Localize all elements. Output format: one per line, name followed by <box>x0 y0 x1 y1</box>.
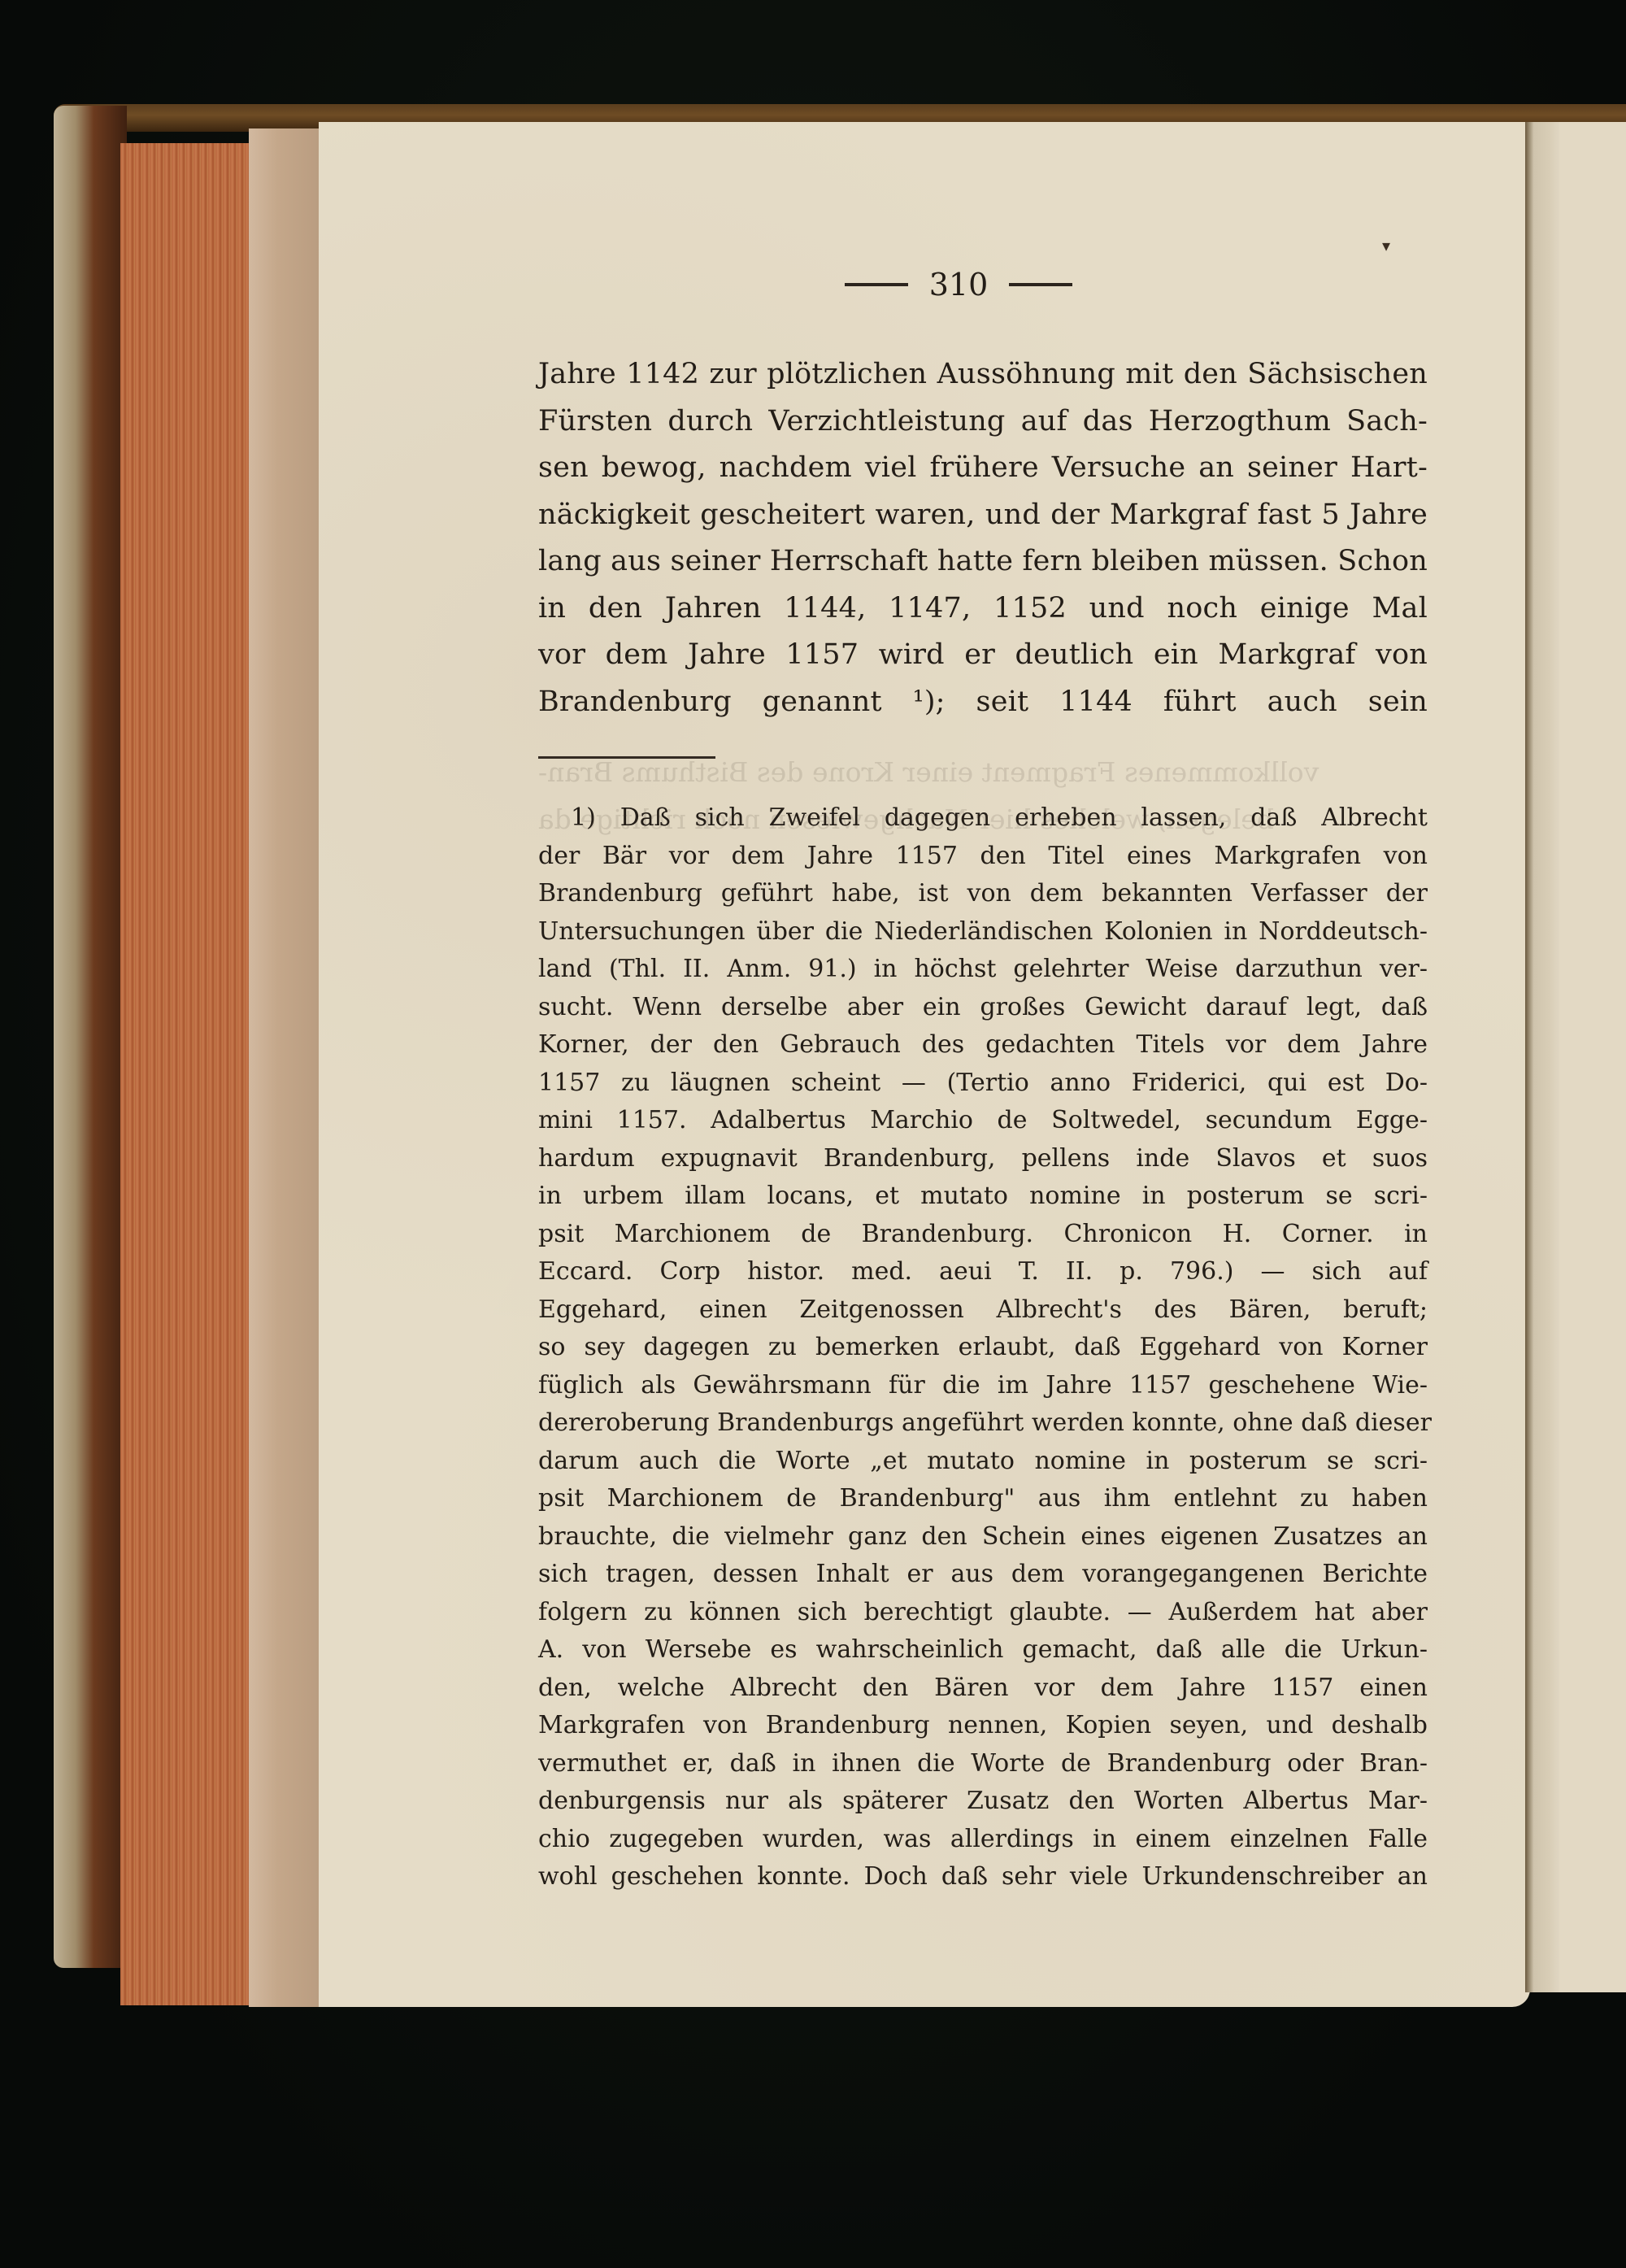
footnote-line: Eggehard, einen Zeitgenossen Albrecht's … <box>538 1291 1428 1330</box>
footnote: 1) Daß sich Zweifel dagegen erheben lass… <box>538 799 1428 1896</box>
footnote-line: mini 1157. Adalbertus Marchio de Soltwed… <box>538 1102 1428 1140</box>
body-line: Brandenburg genannt ¹); seit 1144 führt … <box>538 679 1428 726</box>
footnote-line: füglich als Gewährsmann für die im Jahre… <box>538 1367 1428 1405</box>
footnote-line: 1157 zu läugnen scheint — (Tertio anno F… <box>538 1064 1428 1103</box>
footnote-line: den, welche Albrecht den Bären vor dem J… <box>538 1669 1428 1708</box>
footnote-line: chio zugegeben wurden, was allerdings in… <box>538 1821 1428 1859</box>
footnote-line: Brandenburg geführt habe, ist von dem be… <box>538 875 1428 913</box>
page-header: 310 <box>489 260 1428 309</box>
body-line: Fürsten durch Verzichtleistung auf das H… <box>538 398 1428 446</box>
footnote-line: denburgensis nur als späterer Zusatz den… <box>538 1783 1428 1821</box>
body-line: Jahre 1142 zur plötzlichen Aussöhnung mi… <box>538 351 1428 398</box>
footnote-line: dereroberung Brandenburgs angeführt werd… <box>538 1404 1428 1443</box>
footnote-line: Markgrafen von Brandenburg nennen, Kopie… <box>538 1707 1428 1745</box>
footnote-line: A. von Wersebe es wahrscheinlich gemacht… <box>538 1631 1428 1669</box>
footnote-line: darum auch die Worte „et mutato nomine i… <box>538 1443 1428 1481</box>
right-dash <box>1009 283 1072 286</box>
footnote-line: vermuthet er, daß in ihnen die Worte de … <box>538 1745 1428 1783</box>
footnote-line: in urbem illam locans, et mutato nomine … <box>538 1178 1428 1216</box>
footnote-line: sucht. Wenn derselbe aber ein großes Gew… <box>538 989 1428 1027</box>
body-line: vor dem Jahre 1157 wird er deutlich ein … <box>538 632 1428 679</box>
footnote-line: sich tragen, dessen Inhalt er aus dem vo… <box>538 1556 1428 1594</box>
footnote-line: psit Marchionem de Brandenburg" aus ihm … <box>538 1480 1428 1518</box>
body-line: sen bewog, nachdem viel frühere Versuche… <box>538 445 1428 492</box>
ink-mark: ▾ <box>1382 236 1390 255</box>
footnote-line: wohl geschehen konnte. Doch daß sehr vie… <box>538 1858 1428 1896</box>
body-text: Jahre 1142 zur plötzlichen Aussöhnung mi… <box>538 351 1428 725</box>
footnote-line: land (Thl. II. Anm. 91.) in höchst geleh… <box>538 951 1428 989</box>
footnote-line: Untersuchungen über die Niederländischen… <box>538 913 1428 951</box>
book-cover-left-edge <box>54 106 127 1968</box>
page-number: 310 <box>929 267 989 303</box>
page-content: 310 Jahre 1142 zur plötzlichen Aussöhnun… <box>538 260 1428 1896</box>
red-page-edges <box>120 143 250 2005</box>
page-stack-edge <box>249 128 322 2007</box>
bleed-through-text: belegen, welches hier Nachgewiesen noch … <box>538 803 1274 835</box>
book-gutter <box>1525 122 1559 1992</box>
left-dash <box>845 283 908 286</box>
footnote-line: Eccard. Corp histor. med. aeui T. II. p.… <box>538 1253 1428 1291</box>
footnote-line: psit Marchionem de Brandenburg. Chronico… <box>538 1216 1428 1254</box>
body-line: lang aus seiner Herrschaft hatte fern bl… <box>538 538 1428 586</box>
footnote-line: der Bär vor dem Jahre 1157 den Titel ein… <box>538 838 1428 876</box>
footnote-line: hardum expugnavit Brandenburg, pellens i… <box>538 1140 1428 1178</box>
footnote-line: brauchte, die vielmehr ganz den Schein e… <box>538 1518 1428 1556</box>
bleed-through-text: vollkommenes Fragment einer Krone des Bi… <box>538 756 1319 788</box>
footnote-line: folgern zu können sich berechtigt glaubt… <box>538 1594 1428 1632</box>
body-line: näckigkeit gescheitert waren, und der Ma… <box>538 492 1428 539</box>
footnote-line: Korner, der den Gebrauch des gedachten T… <box>538 1026 1428 1064</box>
body-line: in den Jahren 1144, 1147, 1152 und noch … <box>538 586 1428 633</box>
footnote-line: so sey dagegen zu bemerken erlaubt, daß … <box>538 1329 1428 1367</box>
facing-page-edge <box>1559 122 1626 1992</box>
